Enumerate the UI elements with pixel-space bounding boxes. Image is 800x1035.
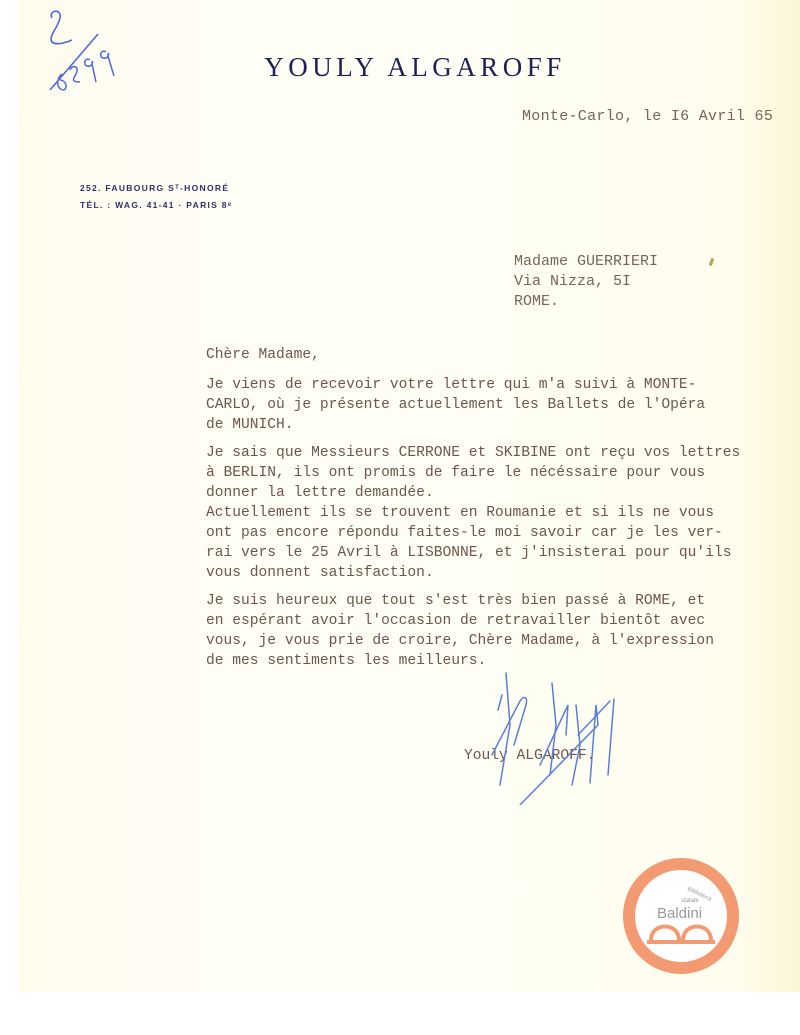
handwritten-signature: [480, 665, 640, 805]
letter-body: Chère Madame, Je viens de recevoir votre…: [206, 345, 800, 679]
recipient-line2: Via Nizza, 5I: [514, 272, 658, 292]
date-line: Monte-Carlo, le I6 Avril 65: [522, 108, 773, 125]
stamp-line2: statale: [681, 898, 699, 904]
letterhead-address: 252. FAUBOURG Sᵀ-HONORÉ TÉL. : WAG. 41-4…: [80, 180, 232, 214]
letterhead-address-line2: TÉL. : WAG. 41-41 · PARIS 8ᵉ: [80, 197, 232, 214]
library-stamp: Biblioteca statale Baldini: [621, 856, 741, 976]
recipient-address: Madame GUERRIERI Via Nizza, 5I ROME.: [514, 252, 658, 312]
paragraph-2: Je sais que Messieurs CERRONE et SKIBINE…: [206, 443, 800, 583]
stamp-name: Baldini: [657, 905, 702, 922]
letterhead-address-line1: 252. FAUBOURG Sᵀ-HONORÉ: [80, 180, 232, 197]
paragraph-1: Je viens de recevoir votre lettre qui m'…: [206, 375, 800, 435]
paragraph-3: Je suis heureux que tout s'est très bien…: [206, 591, 800, 671]
salutation: Chère Madame,: [206, 345, 800, 365]
letterhead-name: YOULY ALGAROFF: [0, 52, 800, 83]
recipient-line1: Madame GUERRIERI: [514, 252, 658, 272]
recipient-line3: ROME.: [514, 292, 658, 312]
